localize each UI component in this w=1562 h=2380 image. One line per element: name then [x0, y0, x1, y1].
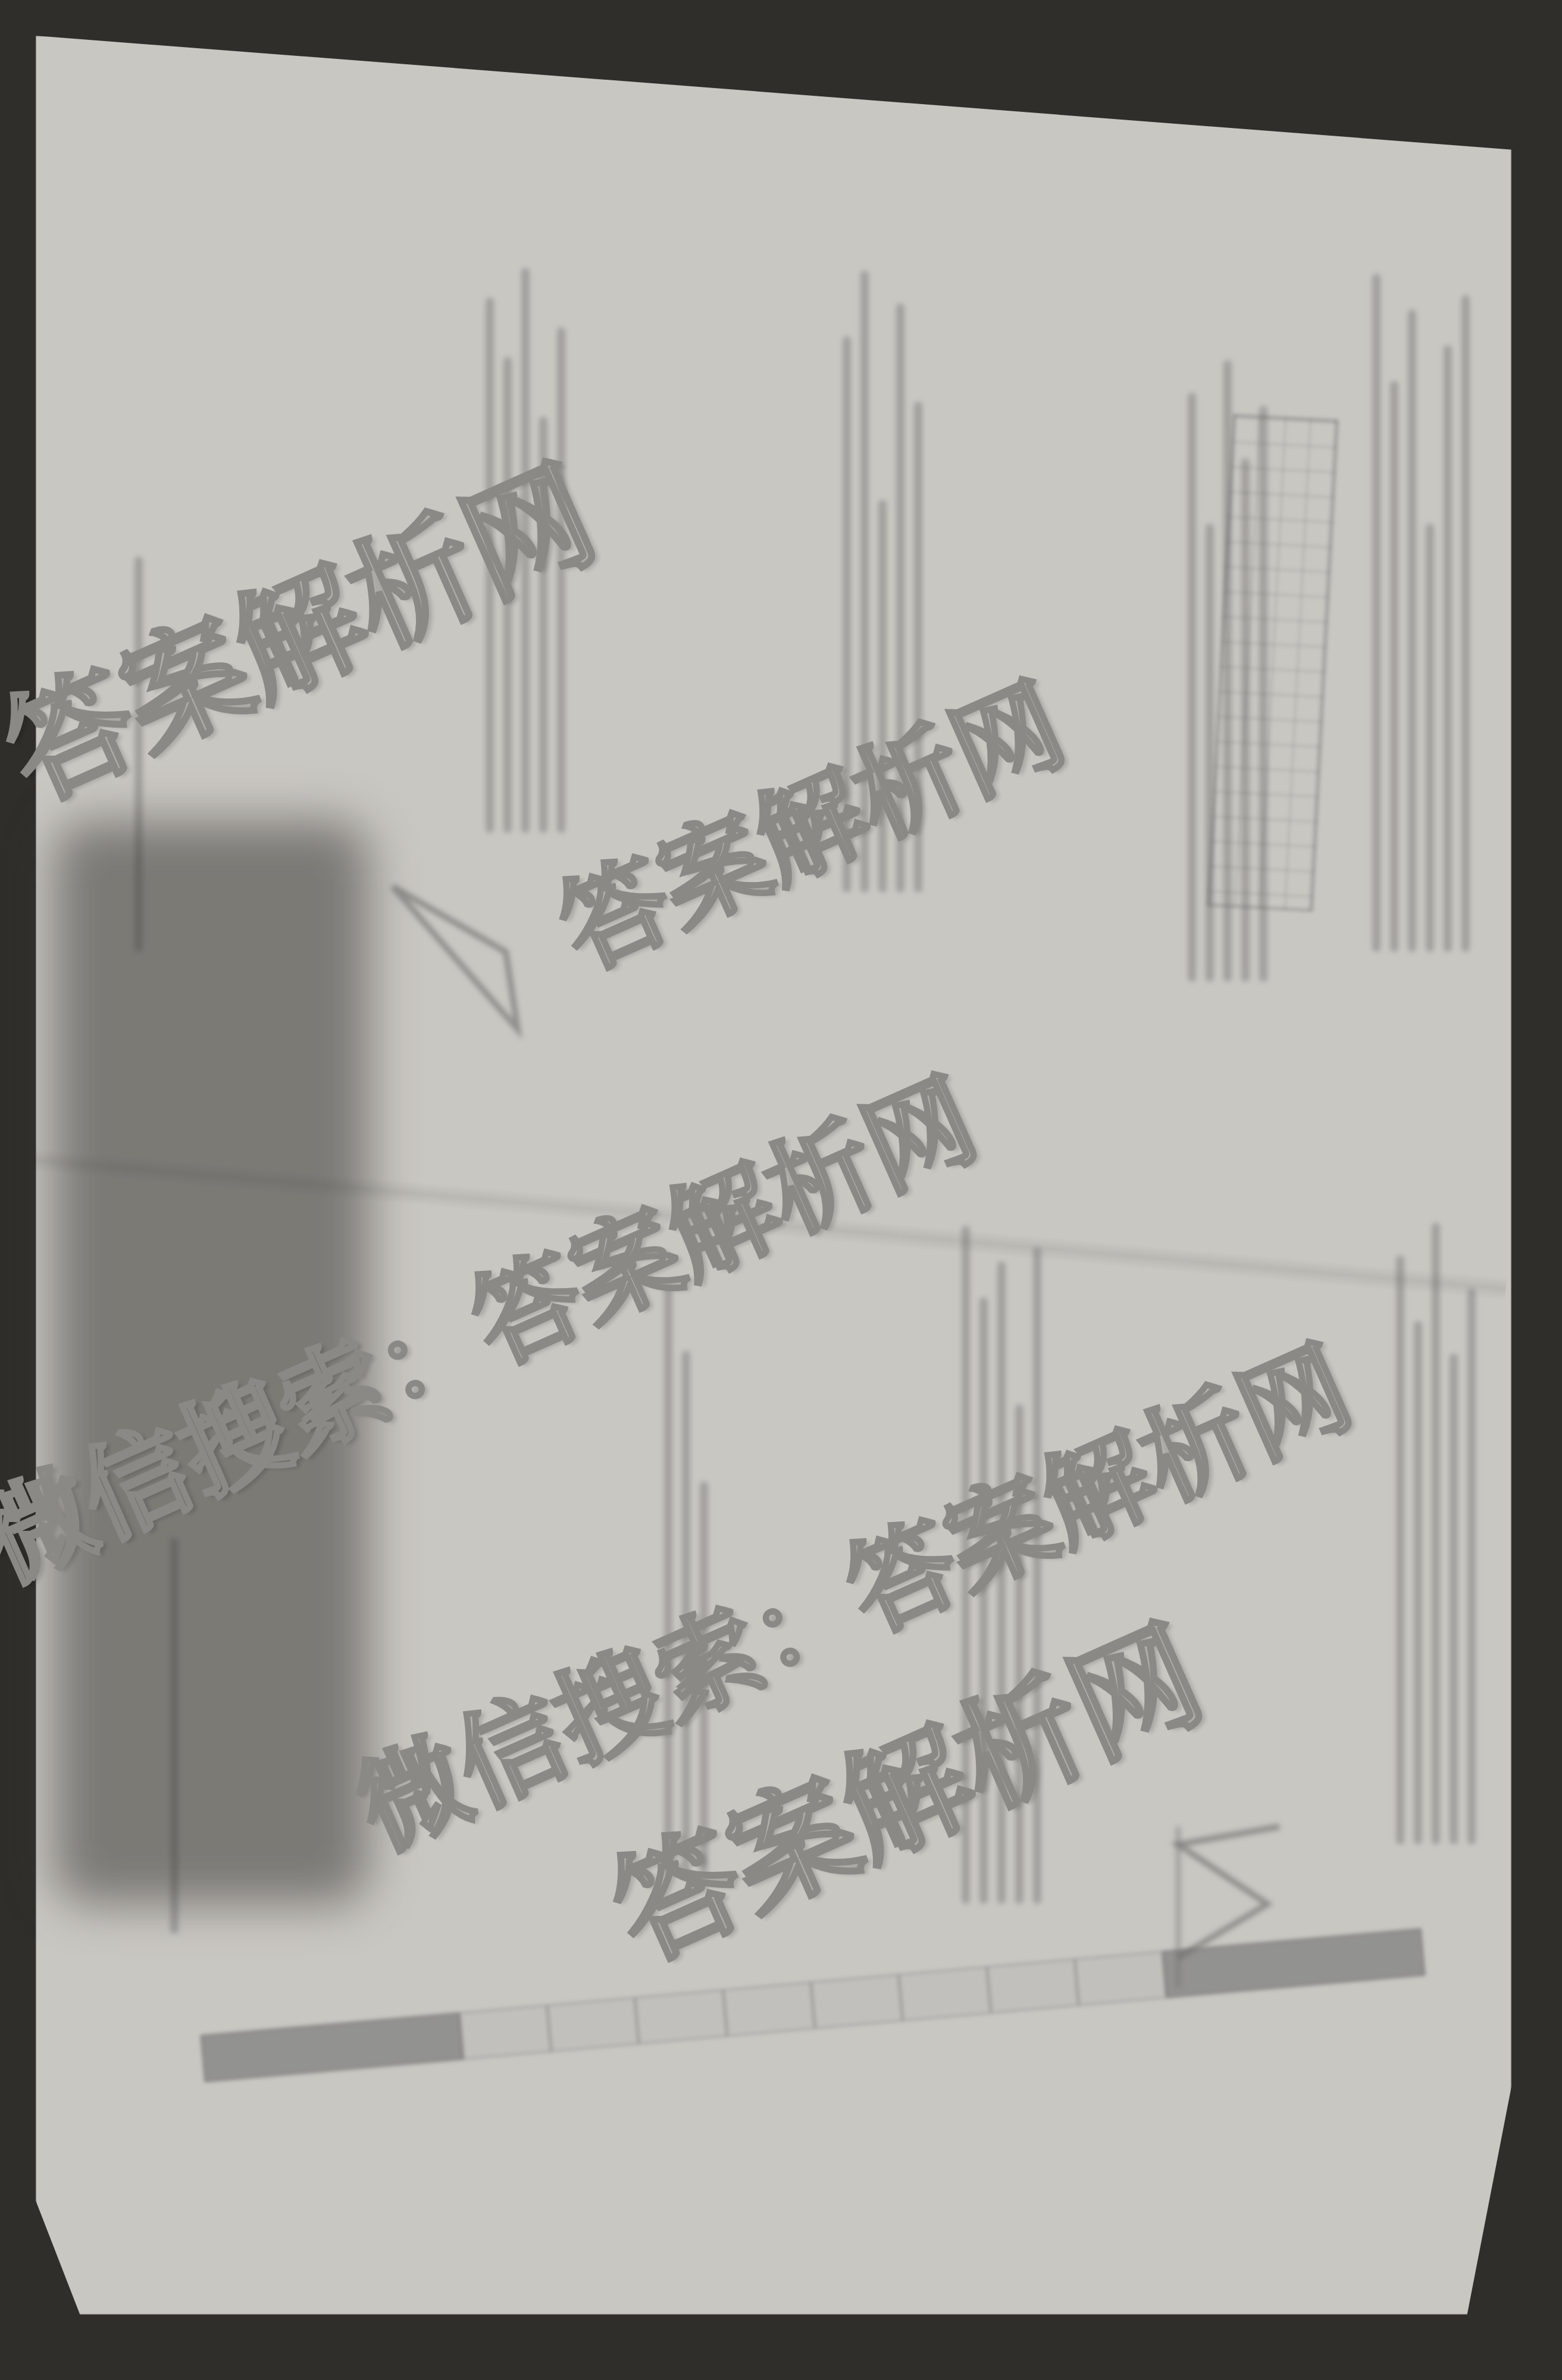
- text-column: [1386, 1190, 1485, 1844]
- geometry-diagram: [369, 863, 547, 1041]
- text-column: [1363, 238, 1479, 952]
